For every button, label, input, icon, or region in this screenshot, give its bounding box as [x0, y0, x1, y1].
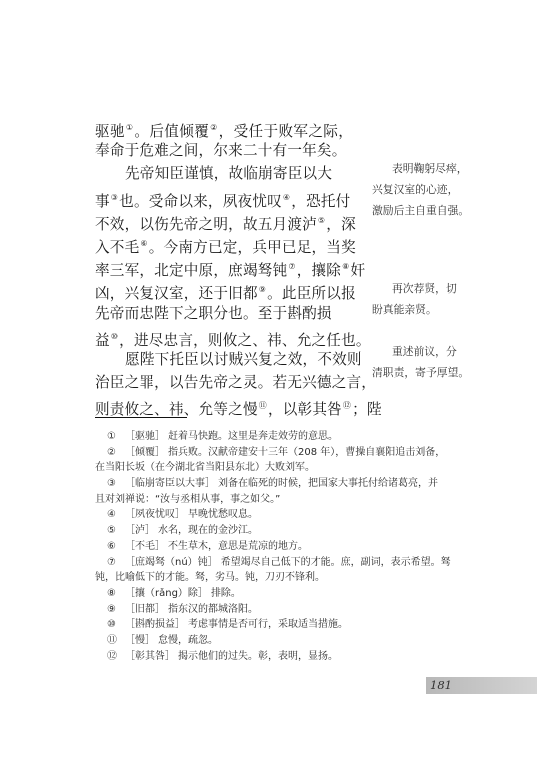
footnote-term: ［倾覆］: [125, 447, 165, 458]
text: 先帝知臣谨慎，故临崩寄臣以大: [125, 165, 332, 182]
footnote-ref-2[interactable]: ②: [210, 123, 218, 132]
text: 不效，以伤先帝之明，故五月渡泸: [95, 216, 317, 233]
footnote-text: 怠慢，疏忽。: [158, 635, 218, 646]
text: 也。受命以来，夙夜忧叹: [119, 193, 282, 210]
footnote-ref-7[interactable]: ⑦: [288, 262, 295, 271]
footnote-ref-6[interactable]: ⑥: [140, 239, 147, 248]
text: ；陛: [352, 401, 382, 418]
footnote-number: ⑥: [107, 539, 125, 555]
main-line-10: 益⑩，进尽忠言，则攸之、祎、允之任也。: [95, 325, 353, 348]
footnote-1: ①［驱驰］赶着马快跑。这里是奔走效劳的意思。: [95, 429, 465, 445]
footnote-number: ④: [107, 507, 125, 523]
text: 奉命于危难之间，尔来二十有一年矣。: [95, 142, 347, 159]
footnote-term: ［庶竭驽（nú）钝］: [125, 557, 218, 568]
footnote-ref-1[interactable]: ①: [126, 123, 134, 132]
footnote-10: ⑩［斟酌损益］考虑事情是否可行，采取适当措施。: [95, 617, 465, 633]
footnote-divider: [95, 417, 187, 418]
footnote-number: ⑩: [107, 617, 125, 633]
text: 。后值倾覆: [134, 123, 209, 140]
footnote-ref-3[interactable]: ③: [111, 193, 118, 202]
footnote-text: 水名，现在的金沙江。: [158, 525, 258, 536]
footnote-2: ②［倾覆］指兵败。汉献帝建安十三年（208 年），曹操自襄阳追击刘备，: [95, 445, 465, 461]
text: 事: [95, 193, 110, 210]
side-note-line: 重述前议，分: [372, 341, 482, 362]
footnote-term: ［夙夜忧叹］: [125, 509, 185, 520]
footnote-7-continued: 钝，比喻低下的才能。驽，劣马。钝，刀刃不锋利。: [95, 570, 465, 586]
footnote-text: 揭示他们的过失。彰，表明，显扬。: [178, 651, 338, 662]
main-line-13: 则责攸之、祎、允等之慢⑪，以彰其咎⑫；陛: [95, 394, 353, 417]
footnote-term: ［攘（rǎng）除］: [125, 588, 208, 599]
footnote-text: 指东汉的都城洛阳。: [168, 604, 258, 615]
text: 入不毛: [95, 239, 139, 256]
footnote-number: ①: [107, 429, 125, 445]
footnote-text: 早晚忧愁叹息。: [188, 509, 258, 520]
footnotes: ①［驱驰］赶着马快跑。这里是奔走效劳的意思。 ②［倾覆］指兵败。汉献帝建安十三年…: [95, 429, 465, 664]
text: ，攘除: [297, 262, 341, 279]
footnote-term: ［不毛］: [125, 541, 165, 552]
footnote-5: ⑤［泸］水名，现在的金沙江。: [95, 523, 465, 539]
footnote-3: ③［临崩寄臣以大事］刘备在临死的时候，把国家大事托付给诸葛亮，并: [95, 476, 465, 492]
side-note-2: 再次荐贤，切 盼真能亲贤。: [372, 278, 482, 320]
footnote-term: ［慢］: [125, 635, 155, 646]
footnote-number: ⑧: [107, 586, 125, 602]
main-text: 驱驰①。后值倾覆②，受任于败军之际， 奉命于危难之间，尔来二十有一年矣。 先帝知…: [95, 116, 353, 417]
footnote-12: ⑫［彰其咎］揭示他们的过失。彰，表明，显扬。: [95, 649, 465, 665]
footnote-ref-4[interactable]: ④: [283, 193, 290, 202]
text: 奸: [350, 262, 365, 279]
page-number: 181: [430, 677, 452, 694]
footnote-text: 刘备在临死的时候，把国家大事托付给诸葛亮，并: [218, 478, 438, 489]
footnote-text: 指兵败。汉献帝建安十三年（208 年），曹操自襄阳追击刘备，: [168, 447, 445, 458]
page-number-bar: 181: [426, 677, 537, 694]
footnote-term: ［临崩寄臣以大事］: [125, 478, 215, 489]
side-note-line: 盼真能亲贤。: [372, 299, 482, 320]
footnote-term: ［泸］: [125, 525, 155, 536]
text: 则责攸之、祎、允等之慢: [95, 401, 258, 418]
main-line-1: 驱驰①。后值倾覆②，受任于败军之际，: [95, 116, 353, 139]
footnote-number: ⑨: [107, 602, 125, 618]
footnote-11: ⑪［慢］怠慢，疏忽。: [95, 633, 465, 649]
footnote-ref-5[interactable]: ⑤: [318, 216, 325, 225]
text: ，恐托付: [291, 193, 350, 210]
main-line-6: 入不毛⑥。今南方已定，兵甲已足，当奖: [95, 232, 353, 255]
text: 。此臣所以报: [267, 285, 356, 302]
footnote-ref-11[interactable]: ⑪: [259, 401, 267, 410]
footnote-number: ⑫: [107, 649, 125, 665]
main-line-8: 凶，兴复汉室，还于旧都⑨。此臣所以报: [95, 278, 353, 301]
side-note-line: 再次荐贤，切: [372, 278, 482, 299]
text: ，进尽忠言，则攸之、祎、允之任也。: [119, 332, 371, 349]
footnote-term: ［旧都］: [125, 604, 165, 615]
footnote-text: 不生草木，意思是荒凉的地方。: [168, 541, 308, 552]
main-line-7: 率三军，北定中原，庶竭驽钝⑦，攘除⑧奸: [95, 255, 353, 278]
text: 率三军，北定中原，庶竭驽钝: [95, 262, 287, 279]
main-line-5: 不效，以伤先帝之明，故五月渡泸⑤，深: [95, 209, 353, 232]
footnote-text: 排除。: [211, 588, 241, 599]
side-note-1: 表明鞠躬尽瘁， 兴复汉室的心迹， 激励后主自重自强。: [372, 158, 482, 221]
footnote-number: ②: [107, 445, 125, 461]
footnote-text: 考虑事情是否可行，采取适当措施。: [188, 619, 348, 630]
footnote-text: 赶着马快跑。这里是奔走效劳的意思。: [168, 431, 338, 442]
text: 益: [95, 332, 110, 349]
footnote-term: ［彰其咎］: [125, 651, 175, 662]
footnote-3-continued: 且对刘禅说：“汝与丞相从事，事之如父。”: [95, 492, 465, 508]
footnote-ref-10[interactable]: ⑩: [111, 332, 118, 341]
text: ，深: [326, 216, 356, 233]
main-line-4: 事③也。受命以来，夙夜忧叹④，恐托付: [95, 186, 353, 209]
footnote-6: ⑥［不毛］不生草木，意思是荒凉的地方。: [95, 539, 465, 555]
footnote-ref-12[interactable]: ⑫: [343, 401, 351, 410]
main-line-9: 先帝而忠陛下之职分也。至于斟酌损: [95, 302, 353, 325]
text: 。今南方已定，兵甲已足，当奖: [149, 239, 356, 256]
main-line-3: 先帝知臣谨慎，故临崩寄臣以大: [95, 162, 353, 185]
side-note-line: 表明鞠躬尽瘁，: [372, 158, 482, 179]
side-note-line: 兴复汉室的心迹，: [372, 179, 482, 200]
footnote-number: ⑦: [107, 555, 125, 571]
main-line-11: 愿陛下托臣以讨贼兴复之效，不效则: [95, 348, 353, 371]
footnote-9: ⑨［旧都］指东汉的都城洛阳。: [95, 602, 465, 618]
footnote-4: ④［夙夜忧叹］早晚忧愁叹息。: [95, 507, 465, 523]
footnote-term: ［斟酌损益］: [125, 619, 185, 630]
side-note-line: 激励后主自重自强。: [372, 200, 482, 221]
footnote-number: ⑤: [107, 523, 125, 539]
footnote-text: 希望竭尽自己低下的才能。庶，副词，表示希望。驽: [221, 557, 451, 568]
footnote-number: ③: [107, 476, 125, 492]
text: 驱驰: [95, 123, 125, 140]
main-line-12: 治臣之罪，以告先帝之灵。若无兴德之言，: [95, 371, 353, 394]
text: 凶，兴复汉室，还于旧都: [95, 285, 258, 302]
text: 先帝而忠陛下之职分也。至于斟酌损: [95, 305, 332, 322]
footnote-7: ⑦［庶竭驽（nú）钝］希望竭尽自己低下的才能。庶，副词，表示希望。驽: [95, 555, 465, 571]
footnote-ref-9[interactable]: ⑨: [259, 285, 266, 294]
main-line-2: 奉命于危难之间，尔来二十有一年矣。: [95, 139, 353, 162]
footnote-ref-8[interactable]: ⑧: [342, 262, 349, 271]
footnote-2-continued: 在当阳长坂（在今湖北省当阳县东北）大败刘军。: [95, 460, 465, 476]
footnote-number: ⑪: [107, 633, 125, 649]
text: 愿陛下托臣以讨贼兴复之效，不效则: [125, 351, 362, 368]
text: ，以彰其咎: [268, 401, 342, 418]
footnote-term: ［驱驰］: [125, 431, 165, 442]
text: ，受任于败军之际，: [219, 123, 353, 140]
side-note-line: 清职责，寄予厚望。: [372, 362, 482, 383]
side-note-3: 重述前议，分 清职责，寄予厚望。: [372, 341, 482, 383]
footnote-8: ⑧［攘（rǎng）除］排除。: [95, 586, 465, 602]
text: 治臣之罪，以告先帝之灵。若无兴德之言，: [95, 374, 376, 391]
